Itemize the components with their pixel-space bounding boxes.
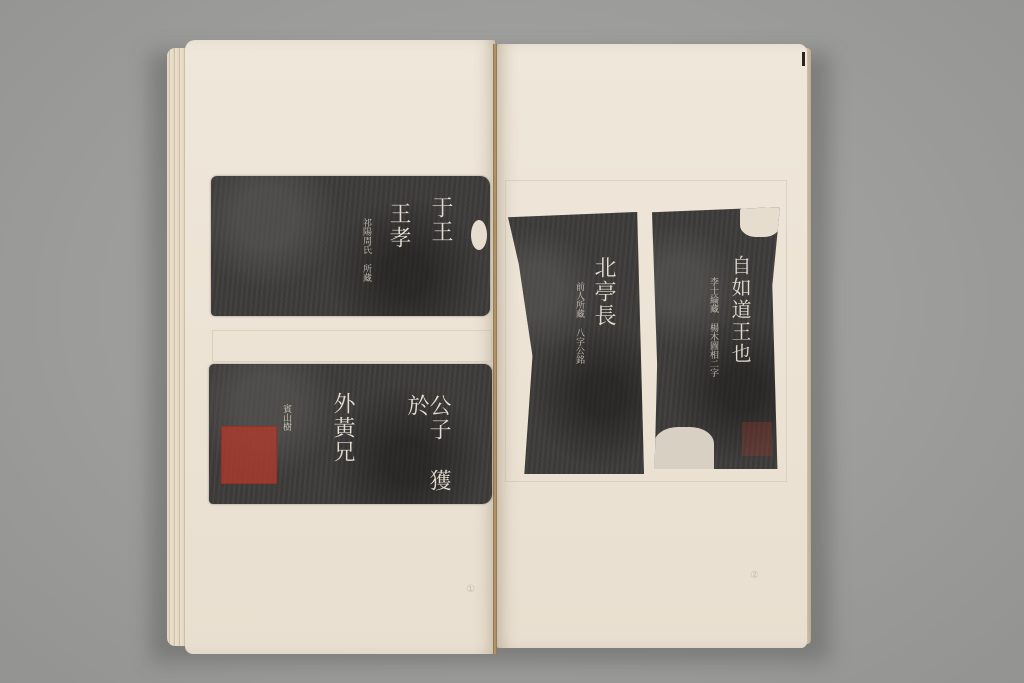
inscription-main: 于王 bbox=[429, 196, 451, 244]
inscription-annotation: 李士綸藏 楊木圖相二字 bbox=[708, 277, 717, 377]
inscription-second: 外黃兄 bbox=[331, 392, 353, 464]
book-spine bbox=[493, 44, 497, 654]
faint-seal bbox=[742, 422, 772, 456]
inscription-main: 公子 獲於 bbox=[405, 394, 449, 504]
red-seal bbox=[221, 426, 277, 484]
inscription-main: 自如道王也 bbox=[730, 255, 750, 365]
right-page-number: ② bbox=[750, 570, 759, 581]
inscription-main: 北亭長 bbox=[592, 256, 614, 328]
paper-chip bbox=[740, 207, 780, 237]
rubbing-right-page-right: 自如道王也 李士綸藏 楊木圖相二字 bbox=[652, 207, 780, 469]
paper-chip bbox=[654, 427, 714, 469]
rubbing-bottom-left: 公子 獲於 外黃兄 賓山樹 bbox=[209, 364, 492, 504]
paper-chip bbox=[471, 220, 487, 250]
inscription-second: 王孝 bbox=[387, 202, 409, 250]
left-page-number: ① bbox=[466, 584, 475, 595]
rubbing-top-left: 于王 王孝 祁陽周氏 所藏 bbox=[211, 176, 490, 316]
inscription-annotation: 祁陽周氏 所藏 bbox=[361, 218, 370, 282]
inscription-annotation: 前人所藏 八字公銘 bbox=[574, 282, 583, 364]
page-tab-mark bbox=[802, 52, 805, 66]
mount-frame-left bbox=[212, 330, 492, 362]
inscription-annotation: 賓山樹 bbox=[281, 404, 290, 431]
